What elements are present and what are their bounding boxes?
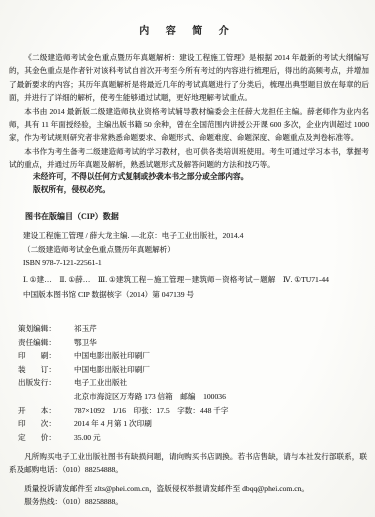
pub-value: 鄂卫华 [74,336,97,350]
cip-classification: Ⅰ. ①建… Ⅱ. ①薛… Ⅲ. ①建筑工程－施工管理－建筑师－资格考试－题解 … [23,274,367,285]
pub-row-planning-editor: 策划编辑： 祁玉芹 [18,322,365,336]
pub-row-binding: 装 订： 中国电影出版社印刷厂 [18,363,365,377]
pub-row-responsible-editor: 责任编辑： 鄂卫华 [18,336,365,350]
pub-value: 2014 年 4 月第 1 次印刷 [74,417,152,431]
copyright-line: 版权所有，侵权必究。 [33,183,355,196]
pub-label: 开 本： [18,404,74,418]
cip-line-isbn: ISBN 978-7-121-22561-1 [23,256,355,270]
book-copyright-page: 内 容 简 介 《二级建造师考试金色重点暨历年真题解析：建设工程施工管理》是根据… [0,0,375,517]
pub-value: 祁玉芹 [74,322,97,336]
intro-paragraph: 《二级建造师考试金色重点暨历年真题解析：建设工程施工管理》是根据 2014 年最… [9,51,369,105]
pub-label: 定 价： [18,431,74,445]
copyright-notice: 未经许可，不得以任何方式复制或抄袭本书之部分或全部内容。 版权所有，侵权必究。 [33,170,355,196]
pub-row-price: 定 价： 35.00 元 [18,431,365,445]
copyright-line: 未经许可，不得以任何方式复制或抄袭本书之部分或全部内容。 [33,170,355,183]
cip-line: 建设工程施工管理 / 薛大龙主编. —北京：电子工业出版社，2014.4 [23,229,355,243]
content-summary: 《二级建造师考试金色重点暨历年真题解析：建设工程施工管理》是根据 2014 年最… [9,51,369,172]
pub-label: 印 次： [18,417,74,431]
cip-header: 图书在版编目（CIP）数据 [25,211,119,222]
pub-row-address: 北京市海淀区万寿路 173 信箱 邮编 100036 [18,390,365,404]
cip-record-number: 中国版本图书馆 CIP 数据核字（2014）第 047139 号 [23,289,194,300]
purchase-note: 凡所购买电子工业出版社图书有缺损问题，请向购买书店调换。若书店售缺，请与本社发行… [9,450,367,476]
pub-label: 装 订： [18,363,74,377]
pub-label: 印 刷： [18,349,74,363]
pub-label: 出版发行： [18,376,74,390]
intro-paragraph: 本书由 2014 最新版二级建造师执业资格考试辅导教材编委会主任薛大龙担任主编。… [9,105,369,145]
pub-row-publisher: 出版发行： 电子工业出版社 [18,376,365,390]
pub-value: 电子工业出版社 [74,376,127,390]
pub-value: 787×1092 1/16 印张：17.5 字数：448 千字 [74,404,228,418]
cip-description: 建设工程施工管理 / 薛大龙主编. —北京：电子工业出版社，2014.4 （二级… [23,229,355,270]
intro-paragraph: 本书作为考生备考二级建造师考试的学习教材，也可供各类培训班使用。考生可通过学习本… [9,145,369,172]
pub-row-format: 开 本： 787×1092 1/16 印张：17.5 字数：448 千字 [18,404,365,418]
pub-value: 北京市海淀区万寿路 173 信箱 邮编 100036 [74,390,226,404]
pub-value: 中国电影出版社印刷厂 [74,363,150,377]
pub-label: 责任编辑： [18,336,74,350]
service-hotline-note: 服务热线：（010）88258888。 [9,495,367,508]
pub-label: 策划编辑： [18,322,74,336]
page-title: 内 容 简 介 [0,22,375,37]
quality-complaint-note: 质量投诉请发邮件至 zlts@phei.com.cn，盗版侵权举报请发邮件至 d… [9,482,367,495]
footer-notes: 凡所购买电子工业出版社图书有缺损问题，请向购买书店调换。若书店售缺，请与本社发行… [9,450,367,508]
pub-label [18,390,74,404]
pub-row-printing: 印 刷： 中国电影出版社印刷厂 [18,349,365,363]
publication-info: 策划编辑： 祁玉芹 责任编辑： 鄂卫华 印 刷： 中国电影出版社印刷厂 装 订：… [18,322,365,444]
pub-value: 中国电影出版社印刷厂 [74,349,150,363]
pub-value: 35.00 元 [74,431,101,445]
cip-line: （二级建造师考试金色重点暨历年真题解析） [23,243,355,257]
pub-row-print-run: 印 次： 2014 年 4 月第 1 次印刷 [18,417,365,431]
